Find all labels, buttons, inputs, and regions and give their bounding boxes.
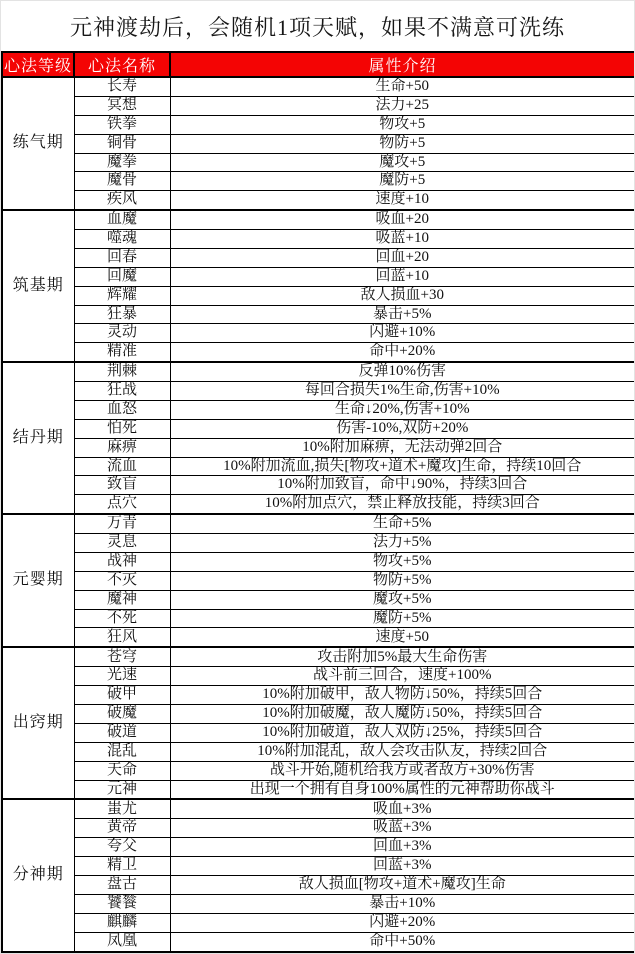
name-cell: 战神 [74, 553, 170, 572]
attr-cell: 速度+50 [170, 628, 635, 647]
name-cell: 饕餮 [74, 894, 170, 913]
table-row: 混乱10%附加混乱，敌人会攻击队友，持续2回合 [2, 742, 635, 761]
name-cell: 凤凰 [74, 932, 170, 952]
attr-cell: 速度+10 [170, 191, 635, 210]
header-row: 心法等级 心法名称 属性介绍 [2, 52, 635, 77]
name-cell: 辉耀 [74, 286, 170, 305]
table-row: 天命战斗开始,随机给我方或者敌方+30%伤害 [2, 761, 635, 780]
attr-cell: 暴击+5% [170, 305, 635, 324]
table-row: 元神出现一个拥有自身100%属性的元神帮助你战斗 [2, 780, 635, 799]
table-row: 分神期蚩尤吸血+3% [2, 799, 635, 818]
name-cell: 血怒 [74, 401, 170, 420]
attr-cell: 攻击附加5%最大生命伤害 [170, 647, 635, 666]
table-row: 破魔10%附加破魔，敌人魔防↓50%，持续5回合 [2, 705, 635, 724]
level-cell: 元婴期 [2, 514, 74, 647]
name-cell: 狂风 [74, 628, 170, 647]
name-cell: 元神 [74, 780, 170, 799]
name-cell: 万青 [74, 514, 170, 533]
table-row: 魔神魔攻+5% [2, 590, 635, 609]
attr-cell: 魔攻+5% [170, 590, 635, 609]
table-row: 致盲10%附加致盲，命中↓90%，持续3回合 [2, 476, 635, 495]
attr-cell: 10%附加麻痹，无法动弹2回合 [170, 438, 635, 457]
attr-cell: 10%附加致盲，命中↓90%，持续3回合 [170, 476, 635, 495]
attr-cell: 10%附加混乱，敌人会攻击队友，持续2回合 [170, 742, 635, 761]
name-cell: 狂战 [74, 382, 170, 401]
attr-cell: 反弹10%伤害 [170, 362, 635, 381]
table-row: 凤凰命中+50% [2, 932, 635, 952]
name-cell: 冥想 [74, 96, 170, 115]
table-row: 狂战每回合损失1%生命,伤害+10% [2, 382, 635, 401]
name-cell: 荆棘 [74, 362, 170, 381]
attr-cell: 战斗开始,随机给我方或者敌方+30%伤害 [170, 761, 635, 780]
name-cell: 夸父 [74, 838, 170, 857]
table-row: 破甲10%附加破甲，敌人物防↓50%，持续5回合 [2, 686, 635, 705]
name-cell: 铜骨 [74, 134, 170, 153]
table-row: 铁拳物攻+5 [2, 115, 635, 134]
table-row: 灵息法力+5% [2, 534, 635, 553]
name-cell: 破魔 [74, 705, 170, 724]
header-name: 心法名称 [74, 52, 170, 77]
attr-cell: 10%附加点穴，禁止释放技能，持续3回合 [170, 495, 635, 514]
attr-cell: 回血+20 [170, 248, 635, 267]
table-row: 辉耀敌人损血+30 [2, 286, 635, 305]
attr-cell: 吸蓝+10 [170, 230, 635, 249]
attr-cell: 敌人损血[物攻+道术+魔攻]生命 [170, 875, 635, 894]
table-row: 魔拳魔攻+5 [2, 153, 635, 172]
level-cell: 结丹期 [2, 362, 74, 514]
name-cell: 长寿 [74, 77, 170, 96]
page-title: 元神渡劫后，会随机1项天赋，如果不满意可洗练 [1, 1, 634, 51]
name-cell: 回魔 [74, 267, 170, 286]
table-row: 破道10%附加破道，敌人双防↓25%，持续5回合 [2, 723, 635, 742]
name-cell: 灵动 [74, 324, 170, 343]
attr-cell: 暴击+10% [170, 894, 635, 913]
attr-cell: 生命+5% [170, 514, 635, 533]
table-row: 麻痹10%附加麻痹，无法动弹2回合 [2, 438, 635, 457]
table-row: 黄帝吸蓝+3% [2, 819, 635, 838]
table-row: 练气期长寿生命+50 [2, 77, 635, 96]
attr-cell: 吸血+20 [170, 210, 635, 229]
name-cell: 精卫 [74, 857, 170, 876]
table-row: 夸父回血+3% [2, 838, 635, 857]
table-row: 铜骨物防+5 [2, 134, 635, 153]
attr-cell: 魔防+5% [170, 609, 635, 628]
attr-cell: 敌人损血+30 [170, 286, 635, 305]
table-row: 筑基期血魔吸血+20 [2, 210, 635, 229]
attr-cell: 出现一个拥有自身100%属性的元神帮助你战斗 [170, 780, 635, 799]
name-cell: 破甲 [74, 686, 170, 705]
name-cell: 破道 [74, 723, 170, 742]
header-attr: 属性介绍 [170, 52, 635, 77]
level-cell: 练气期 [2, 77, 74, 210]
name-cell: 血魔 [74, 210, 170, 229]
name-cell: 噬魂 [74, 230, 170, 249]
table-row: 怕死伤害-10%,双防+20% [2, 419, 635, 438]
attr-cell: 魔防+5 [170, 172, 635, 191]
table-row: 回春回血+20 [2, 248, 635, 267]
table-row: 冥想法力+25 [2, 96, 635, 115]
table-row: 噬魂吸蓝+10 [2, 230, 635, 249]
table-row: 精卫回蓝+3% [2, 857, 635, 876]
table-row: 血怒生命↓20%,伤害+10% [2, 401, 635, 420]
name-cell: 盘古 [74, 875, 170, 894]
attr-cell: 命中+50% [170, 932, 635, 952]
name-cell: 铁拳 [74, 115, 170, 134]
table-row: 不死魔防+5% [2, 609, 635, 628]
attr-cell: 回蓝+10 [170, 267, 635, 286]
table-row: 元婴期万青生命+5% [2, 514, 635, 533]
attr-cell: 命中+20% [170, 343, 635, 362]
name-cell: 天命 [74, 761, 170, 780]
attr-cell: 10%附加破道，敌人双防↓25%，持续5回合 [170, 723, 635, 742]
table-row: 盘古敌人损血[物攻+道术+魔攻]生命 [2, 875, 635, 894]
attr-cell: 10%附加流血,损失[物攻+道术+魔攻]生命，持续10回合 [170, 457, 635, 476]
table-row: 回魔回蓝+10 [2, 267, 635, 286]
attr-cell: 物攻+5 [170, 115, 635, 134]
attr-cell: 物防+5% [170, 571, 635, 590]
attr-cell: 法力+25 [170, 96, 635, 115]
name-cell: 回春 [74, 248, 170, 267]
table-row: 饕餮暴击+10% [2, 894, 635, 913]
attr-cell: 吸蓝+3% [170, 819, 635, 838]
table-row: 战神物攻+5% [2, 553, 635, 572]
table-row: 结丹期荆棘反弹10%伤害 [2, 362, 635, 381]
name-cell: 麻痹 [74, 438, 170, 457]
level-cell: 分神期 [2, 799, 74, 952]
name-cell: 黄帝 [74, 819, 170, 838]
name-cell: 怕死 [74, 419, 170, 438]
name-cell: 疾风 [74, 191, 170, 210]
attr-cell: 闪避+20% [170, 913, 635, 932]
table-row: 疾风速度+10 [2, 191, 635, 210]
name-cell: 精准 [74, 343, 170, 362]
table-row: 狂风速度+50 [2, 628, 635, 647]
attr-cell: 战斗前三回合，速度+100% [170, 667, 635, 686]
attr-cell: 伤害-10%,双防+20% [170, 419, 635, 438]
attr-cell: 物攻+5% [170, 553, 635, 572]
name-cell: 狂暴 [74, 305, 170, 324]
name-cell: 不灭 [74, 571, 170, 590]
name-cell: 混乱 [74, 742, 170, 761]
attr-cell: 10%附加破甲，敌人物防↓50%，持续5回合 [170, 686, 635, 705]
attr-cell: 回蓝+3% [170, 857, 635, 876]
level-cell: 出窍期 [2, 647, 74, 799]
table-row: 点穴10%附加点穴，禁止释放技能，持续3回合 [2, 495, 635, 514]
attr-cell: 魔攻+5 [170, 153, 635, 172]
talent-table: 心法等级 心法名称 属性介绍 练气期长寿生命+50冥想法力+25铁拳物攻+5铜骨… [1, 51, 635, 953]
name-cell: 麒麟 [74, 913, 170, 932]
attr-cell: 生命↓20%,伤害+10% [170, 401, 635, 420]
attr-cell: 法力+5% [170, 534, 635, 553]
name-cell: 魔拳 [74, 153, 170, 172]
talent-table-page: 元神渡劫后，会随机1项天赋，如果不满意可洗练 心法等级 心法名称 属性介绍 练气… [0, 0, 635, 954]
attr-cell: 回血+3% [170, 838, 635, 857]
name-cell: 流血 [74, 457, 170, 476]
table-row: 光速战斗前三回合，速度+100% [2, 667, 635, 686]
table-row: 灵动闪避+10% [2, 324, 635, 343]
table-row: 狂暴暴击+5% [2, 305, 635, 324]
name-cell: 蚩尤 [74, 799, 170, 818]
table-row: 麒麟闪避+20% [2, 913, 635, 932]
table-row: 流血10%附加流血,损失[物攻+道术+魔攻]生命，持续10回合 [2, 457, 635, 476]
name-cell: 魔神 [74, 590, 170, 609]
name-cell: 苍穹 [74, 647, 170, 666]
attr-cell: 物防+5 [170, 134, 635, 153]
name-cell: 魔骨 [74, 172, 170, 191]
table-body: 练气期长寿生命+50冥想法力+25铁拳物攻+5铜骨物防+5魔拳魔攻+5魔骨魔防+… [2, 77, 635, 952]
attr-cell: 吸血+3% [170, 799, 635, 818]
header-level: 心法等级 [2, 52, 74, 77]
name-cell: 点穴 [74, 495, 170, 514]
table-row: 不灭物防+5% [2, 571, 635, 590]
name-cell: 致盲 [74, 476, 170, 495]
table-row: 魔骨魔防+5 [2, 172, 635, 191]
name-cell: 不死 [74, 609, 170, 628]
attr-cell: 闪避+10% [170, 324, 635, 343]
name-cell: 灵息 [74, 534, 170, 553]
attr-cell: 10%附加破魔，敌人魔防↓50%，持续5回合 [170, 705, 635, 724]
table-row: 出窍期苍穹攻击附加5%最大生命伤害 [2, 647, 635, 666]
level-cell: 筑基期 [2, 210, 74, 362]
attr-cell: 每回合损失1%生命,伤害+10% [170, 382, 635, 401]
table-row: 精准命中+20% [2, 343, 635, 362]
attr-cell: 生命+50 [170, 77, 635, 96]
name-cell: 光速 [74, 667, 170, 686]
